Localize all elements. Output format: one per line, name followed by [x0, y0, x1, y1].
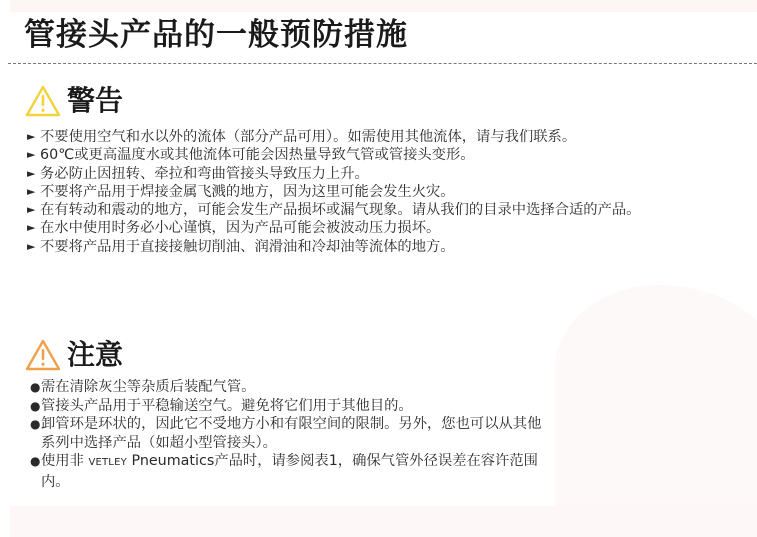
list-item: ►在有转动和震动的地方，可能会发生产品损坏或漏气现象。请从我们的目录中选择合适的…: [27, 201, 640, 219]
background-watermark: [555, 285, 757, 525]
bullet-arrow-icon: ►: [27, 201, 40, 219]
caution-list: ●需在清除灰尘等杂质后装配气管。 ●管接头产品用于平稳输送空气。避免将它们用于其…: [30, 378, 550, 492]
brand-name: VETLEY: [88, 457, 126, 468]
bullet-arrow-icon: ►: [27, 146, 40, 164]
list-item: ►不要将产品用于焊接金属飞溅的地方，因为这里可能会发生火灾。: [27, 183, 640, 201]
bullet-arrow-icon: ►: [27, 219, 40, 237]
list-item: ●需在清除灰尘等杂质后装配气管。: [30, 378, 550, 397]
bullet-arrow-icon: ►: [27, 238, 40, 256]
bullet-dot-icon: ●: [30, 415, 41, 452]
warning-label: 警告: [67, 84, 123, 118]
list-item: ●卸管环是环状的，因此它不受地方小和有限空间的限制。另外，您也可以从其他系列中选…: [30, 415, 550, 452]
bullet-arrow-icon: ►: [27, 183, 40, 201]
warning-list: ►不要使用空气和水以外的流体（部分产品可用）。如需使用其他流体，请与我们联系。 …: [27, 128, 640, 256]
top-band: [10, 0, 757, 12]
list-item: ►在水中使用时务必小心谨慎，因为产品可能会被波动压力损坏。: [27, 219, 640, 237]
list-item: ►务必防止因扭转、牵拉和弯曲管接头导致压力上升。: [27, 165, 640, 183]
list-item: ●管接头产品用于平稳输送空气。避免将它们用于其他目的。: [30, 397, 550, 416]
caution-heading: 注意: [25, 338, 123, 372]
warning-triangle-icon: [25, 85, 61, 117]
bullet-arrow-icon: ►: [27, 128, 40, 146]
bottom-band: [10, 506, 757, 537]
page-title: 管接头产品的一般预防措施: [24, 16, 408, 54]
bullet-dot-icon: ●: [30, 452, 41, 491]
list-item: ●使用非 VETLEY Pneumatics产品时，请参阅表1，确保气管外径误差…: [30, 452, 550, 491]
dashed-divider: [8, 63, 757, 64]
bullet-dot-icon: ●: [30, 378, 41, 397]
list-item: ►不要使用空气和水以外的流体（部分产品可用）。如需使用其他流体，请与我们联系。: [27, 128, 640, 146]
list-item: ►60℃或更高温度水或其他流体可能会因热量导致气管或管接头变形。: [27, 146, 640, 164]
bullet-dot-icon: ●: [30, 397, 41, 416]
list-item: ►不要将产品用于直接接触切削油、润滑油和冷却油等流体的地方。: [27, 238, 640, 256]
warning-heading: 警告: [25, 84, 123, 118]
caution-triangle-icon: [25, 339, 61, 371]
bullet-arrow-icon: ►: [27, 165, 40, 183]
caution-label: 注意: [67, 338, 123, 372]
